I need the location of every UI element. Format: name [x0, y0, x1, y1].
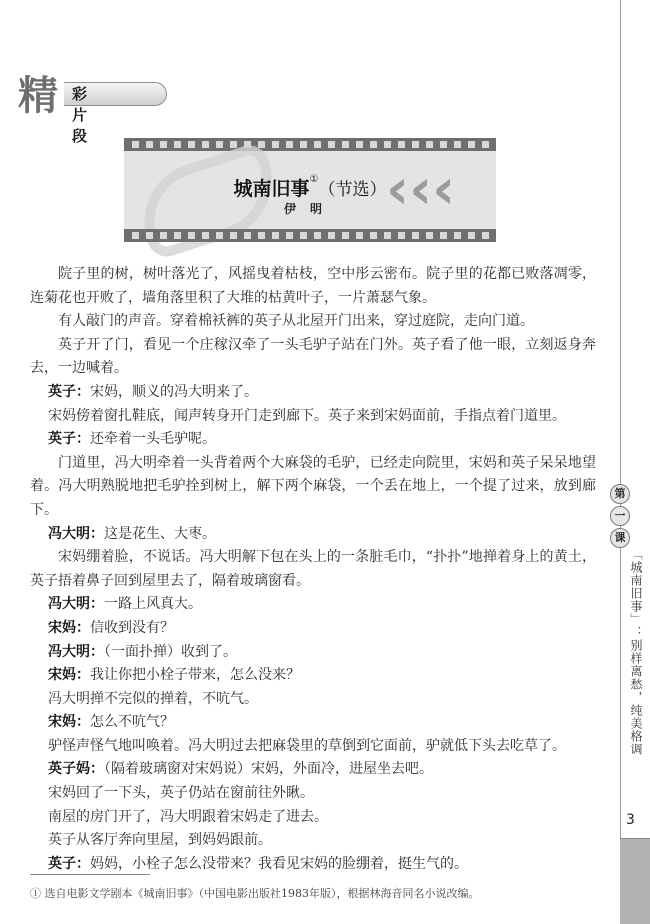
film-hole	[454, 232, 461, 239]
film-hole	[440, 141, 447, 148]
dialogue-line: 冯大明：这是花生、大枣。	[30, 523, 596, 547]
narration-paragraph: 院子里的树，树叶落光了，风摇曳着枯枝，空中彤云密布。院子里的花都已败落凋零，连菊…	[30, 263, 596, 310]
film-hole	[384, 141, 391, 148]
film-hole	[300, 232, 307, 239]
line-text: 宋妈绷着脸，不说话。冯大明解下包在头上的一条脏毛巾，“扑扑”地掸着身上的黄土，英…	[30, 549, 596, 589]
lesson-char-circle: 课	[610, 528, 630, 548]
film-hole	[314, 232, 321, 239]
speaker-name: 宋妈：	[48, 620, 90, 636]
side-lesson-title: 「城南旧事」：别样离愁，纯美格调	[627, 548, 643, 756]
article-title: 城南旧事①（节选）	[124, 174, 496, 201]
dialogue-line: 英子：宋妈，顺义的冯大明来了。	[30, 381, 596, 405]
line-text: 怎么不吭气？	[90, 714, 174, 730]
film-hole	[244, 232, 251, 239]
film-hole	[174, 141, 181, 148]
narration-paragraph: 门道里，冯大明牵着一头背着两个大麻袋的毛驴，已经走向院里，宋妈和英子呆呆地望着。…	[30, 452, 596, 523]
line-text: 门道里，冯大明牵着一头背着两个大麻袋的毛驴，已经走向院里，宋妈和英子呆呆地望着。…	[30, 455, 596, 518]
film-hole	[314, 141, 321, 148]
narration-paragraph: 南屋的房门开了，冯大明跟着宋妈走了进去。	[30, 806, 596, 830]
narration-paragraph: 冯大明掸不完似的掸着，不吭气。	[30, 688, 596, 712]
line-text: 有人敲门的声音。穿着棉袄裤的英子从北屋开门出来，穿过庭院，走向门道。	[58, 313, 534, 329]
film-hole	[468, 141, 475, 148]
film-hole	[188, 232, 195, 239]
film-hole	[132, 232, 139, 239]
dialogue-line: 英子：还牵着一头毛驴呢。	[30, 428, 596, 452]
narration-paragraph: 驴怪声怪气地叫唤着。冯大明过去把麻袋里的草倒到它面前，驴就低下头去吃草了。	[30, 735, 596, 759]
film-hole	[454, 141, 461, 148]
speaker-name: 宋妈：	[48, 667, 90, 683]
title-subtitle: （节选）	[318, 180, 386, 200]
line-text: （隔着玻璃窗对宋妈说）宋妈，外面冷，进屋坐去吧。	[104, 761, 433, 777]
dialogue-line: 宋妈：信收到没有？	[30, 617, 596, 641]
footnote-divider	[30, 874, 150, 875]
line-text: 我让你把小栓子带来，怎么没来？	[90, 667, 300, 683]
line-text: 妈妈，小栓子怎么没带来？我看见宋妈的脸绷着，挺生气的。	[90, 856, 468, 872]
film-hole	[398, 141, 405, 148]
margin-rule	[620, 0, 621, 924]
film-hole	[440, 232, 447, 239]
speaker-name: 宋妈：	[48, 714, 90, 730]
film-hole	[482, 232, 489, 239]
dialogue-line: 英子：妈妈，小栓子怎么没带来？我看见宋妈的脸绷着，挺生气的。	[30, 853, 596, 877]
film-hole	[412, 232, 419, 239]
film-hole	[160, 141, 167, 148]
speaker-name: 冯大明：	[48, 644, 104, 660]
dialogue-line: 宋妈：我让你把小栓子带来，怎么没来？	[30, 664, 596, 688]
film-hole	[188, 141, 195, 148]
speaker-name: 英子：	[48, 384, 90, 400]
film-hole	[468, 232, 475, 239]
line-text: 冯大明掸不完似的掸着，不吭气。	[48, 691, 258, 707]
film-hole	[482, 141, 489, 148]
title-banner: ‹‹‹ 城南旧事①（节选） 伊明	[124, 138, 496, 242]
line-text: 宋妈回了一下头，英子仍站在窗前往外瞅。	[48, 785, 314, 801]
speaker-name: 英子：	[48, 856, 90, 872]
footnote: ① 选自电影文学剧本《城南旧事》（中国电影出版社1983年版），根据林海音同名小…	[30, 885, 480, 901]
lesson-char-circle: 第	[610, 484, 630, 504]
line-text: 还牵着一头毛驴呢。	[90, 431, 216, 447]
film-hole	[328, 141, 335, 148]
film-hole	[286, 232, 293, 239]
film-hole	[342, 141, 349, 148]
film-hole	[370, 141, 377, 148]
dialogue-line: 冯大明：一路上风真大。	[30, 593, 596, 617]
line-text: 南屋的房门开了，冯大明跟着宋妈走了进去。	[48, 809, 328, 825]
speaker-name: 冯大明：	[48, 596, 104, 612]
film-hole	[384, 232, 391, 239]
line-text: 这是花生、大枣。	[104, 526, 216, 542]
narration-paragraph: 有人敲门的声音。穿着棉袄裤的英子从北屋开门出来，穿过庭院，走向门道。	[30, 310, 596, 334]
article-author: 伊明	[124, 200, 496, 217]
film-hole	[286, 141, 293, 148]
line-text: 驴怪声怪气地叫唤着。冯大明过去把麻袋里的草倒到它面前，驴就低下头去吃草了。	[48, 738, 566, 754]
dialogue-line: 英子妈：（隔着玻璃窗对宋妈说）宋妈，外面冷，进屋坐去吧。	[30, 758, 596, 782]
film-hole	[216, 232, 223, 239]
line-text: 院子里的树，树叶落光了，风摇曳着枯枝，空中彤云密布。院子里的花都已败落凋零，连菊…	[30, 266, 596, 306]
speaker-name: 冯大明：	[48, 526, 104, 542]
page-number: 3	[626, 812, 635, 828]
film-hole	[258, 232, 265, 239]
film-hole	[160, 232, 167, 239]
film-hole	[230, 141, 237, 148]
film-hole	[202, 141, 209, 148]
film-hole	[412, 141, 419, 148]
lesson-marker: 第一课	[610, 484, 630, 548]
film-hole	[146, 232, 153, 239]
film-hole	[370, 232, 377, 239]
page-edge-tab	[620, 838, 650, 924]
title-text: 城南旧事	[234, 178, 310, 200]
film-hole	[356, 232, 363, 239]
narration-paragraph: 宋妈绷着脸，不说话。冯大明解下包在头上的一条脏毛巾，“扑扑”地掸着身上的黄土，英…	[30, 546, 596, 593]
film-hole	[426, 141, 433, 148]
narration-paragraph: 英子开了门，看见一个庄稼汉牵了一头毛驴子站在门外。英子看了他一眼，立刻返身奔去，…	[30, 334, 596, 381]
film-hole	[146, 141, 153, 148]
film-strip-bottom	[124, 229, 496, 242]
film-hole	[230, 232, 237, 239]
article-body: 院子里的树，树叶落光了，风摇曳着枯枝，空中彤云密布。院子里的花都已败落凋零，连菊…	[30, 263, 596, 876]
narration-paragraph: 宋妈回了一下头，英子仍站在窗前往外瞅。	[30, 782, 596, 806]
line-text: （一面扑掸）收到了。	[104, 644, 237, 660]
film-hole	[328, 232, 335, 239]
film-hole	[342, 232, 349, 239]
line-text: 英子开了门，看见一个庄稼汉牵了一头毛驴子站在门外。英子看了他一眼，立刻返身奔去，…	[30, 337, 596, 377]
line-text: 英子从客厅奔向里屋，到妈妈跟前。	[48, 832, 272, 848]
film-hole	[272, 232, 279, 239]
film-hole	[300, 141, 307, 148]
film-hole	[202, 232, 209, 239]
line-text: 宋妈，顺义的冯大明来了。	[90, 384, 258, 400]
film-hole	[132, 141, 139, 148]
section-label: 彩片段	[72, 83, 89, 146]
film-hole	[216, 141, 223, 148]
narration-paragraph: 英子从客厅奔向里屋，到妈妈跟前。	[30, 829, 596, 853]
section-big-char: 精	[18, 64, 56, 121]
lesson-char-circle: 一	[610, 506, 630, 526]
film-hole	[356, 141, 363, 148]
line-text: 一路上风真大。	[104, 596, 202, 612]
dialogue-line: 宋妈：怎么不吭气？	[30, 711, 596, 735]
speaker-name: 英子：	[48, 431, 90, 447]
film-hole	[174, 232, 181, 239]
film-hole	[272, 141, 279, 148]
film-hole	[398, 232, 405, 239]
line-text: 信收到没有？	[90, 620, 174, 636]
narration-paragraph: 宋妈傍着窗扎鞋底，闻声转身开门走到廊下。英子来到宋妈面前，手指点着门道里。	[30, 405, 596, 429]
film-hole	[426, 232, 433, 239]
film-strip-top	[124, 138, 496, 151]
dialogue-line: 冯大明：（一面扑掸）收到了。	[30, 641, 596, 665]
line-text: 宋妈傍着窗扎鞋底，闻声转身开门走到廊下。英子来到宋妈面前，手指点着门道里。	[48, 408, 566, 424]
speaker-name: 英子妈：	[48, 761, 104, 777]
